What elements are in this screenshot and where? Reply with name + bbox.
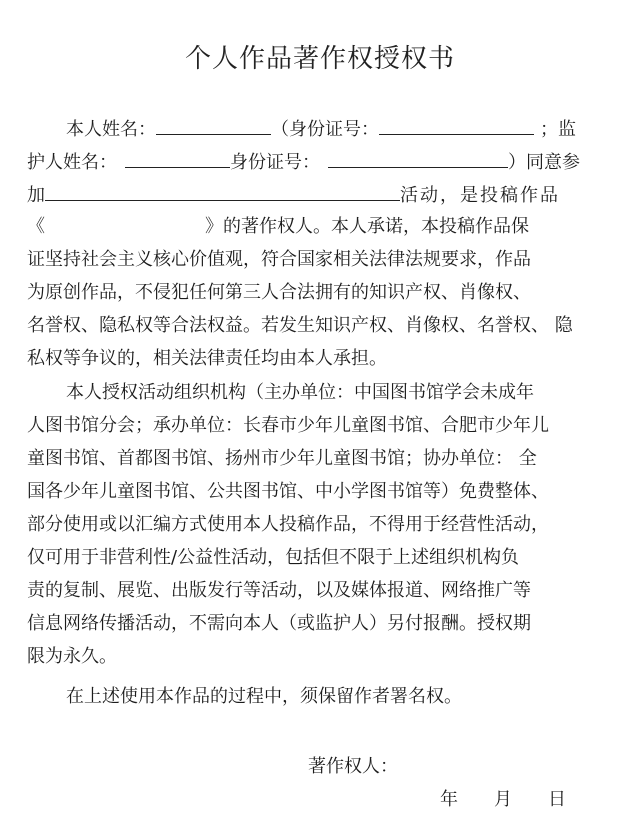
date-day-label: 日 [548, 785, 566, 811]
document-title: 个人作品著作权授权书 [0, 38, 640, 75]
paragraph-1-line: 私权等争议的，相关法律责任均由本人承担。 [27, 345, 617, 373]
line2-suffix: ）同意参 [508, 152, 580, 173]
paragraph-2-line: 本人授权活动组织机构（主办单位：中国图书馆学会未成年 [66, 379, 640, 407]
paragraph-2-line: 信息网络传播活动，不需向本人（或监护人）另付报酬。授权期 [27, 610, 617, 638]
label-id: （身份证号： [271, 119, 379, 140]
id-number-blank[interactable] [379, 114, 534, 135]
line4-suffix: 》的著作权人。本人承诺，本投稿作品保 [205, 216, 529, 237]
guardian-id-blank[interactable] [328, 147, 508, 168]
form-line-name: 本人姓名：（身份证号：；监 [66, 114, 640, 142]
paragraph-2-line: 仅可用于非营利性/公益性活动，包括但不限于上述组织机构负 [27, 544, 617, 572]
form-line-guardian: 护人姓名：身份证号：）同意参 [27, 147, 617, 175]
name-blank[interactable] [156, 114, 271, 135]
signature-label: 著作权人： [308, 752, 398, 778]
line1-suffix: ；监 [540, 119, 576, 140]
line3-prefix: 加 [27, 185, 45, 206]
paragraph-2-line: 人图书馆分会；承办单位：长春市少年儿童图书馆、合肥市少年儿 [27, 412, 617, 440]
paragraph-3: 在上述使用本作品的过程中，须保留作者署名权。 [66, 683, 640, 711]
paragraph-2-line: 童图书馆、首都图书馆、扬州市少年儿童图书馆；协办单位： 全 [27, 445, 617, 473]
date-month-label: 月 [494, 785, 512, 811]
paragraph-2-line: 责的复制、展览、出版发行等活动，以及媒体报道、网络推广等 [27, 577, 617, 605]
guardian-name-blank[interactable] [125, 147, 230, 168]
paragraph-2-line: 限为永久。 [27, 643, 617, 671]
form-line-activity: 加活动，是投稿作品 [27, 180, 617, 208]
line3-suffix: 活动，是投稿作品 [400, 185, 560, 206]
paragraph-1-line: 为原创作品，不侵犯任何第三人合法拥有的知识产权、肖像权、 [27, 279, 617, 307]
activity-blank[interactable] [45, 180, 400, 201]
book-title-open: 《 [27, 216, 45, 237]
paragraph-1-line: 名誉权、隐私权等合法权益。若发生知识产权、肖像权、名誉权、 隐 [27, 312, 617, 340]
label-guardian-id: 身份证号： [230, 152, 320, 173]
date-year-label: 年 [440, 785, 458, 811]
paragraph-2-line: 部分使用或以汇编方式使用本人投稿作品，不得用于经营性活动， [27, 511, 617, 539]
paragraph-1-line: 证坚持社会主义核心价值观，符合国家相关法律法规要求，作品 [27, 246, 617, 274]
label-guardian-name: 护人姓名： [27, 152, 117, 173]
form-line-work-title: 《》的著作权人。本人承诺，本投稿作品保 [27, 213, 617, 241]
paragraph-2-line: 国各少年儿童图书馆、公共图书馆、中小学图书馆等）免费整体、 [27, 478, 617, 506]
label-name: 本人姓名： [66, 119, 156, 140]
